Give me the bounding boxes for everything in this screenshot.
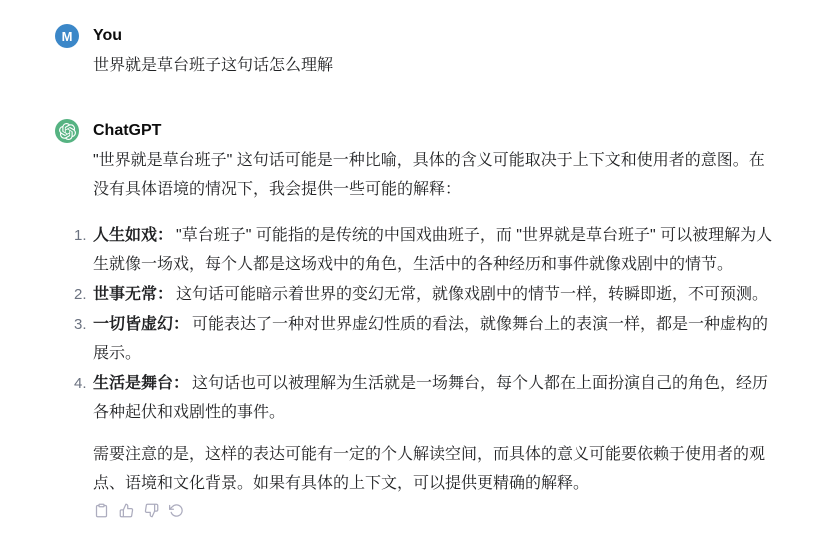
intro-paragraph: "世界就是草台班子" 这句话可能是一种比喻，具体的含义可能取决于上下文和使用者的… — [93, 146, 780, 204]
openai-logo-icon — [59, 123, 76, 140]
user-author-name: You — [93, 26, 780, 46]
assistant-markdown: "世界就是草台班子" 这句话可能是一种比喻，具体的含义可能取决于上下文和使用者的… — [93, 146, 780, 498]
regenerate-icon — [169, 503, 184, 518]
user-message-text: 世界就是草台班子这句话怎么理解 — [93, 51, 780, 80]
list-item-title: 生活是舞台： — [93, 375, 189, 392]
interpretation-list: 1.人生如戏："草台班子" 可能指的是传统的中国戏曲班子，而 "世界就是草台班子… — [93, 221, 780, 427]
copy-icon — [94, 503, 109, 518]
list-item-title: 世事无常： — [93, 286, 173, 303]
list-item-text: 可能表达了一种对世界虚幻性质的看法，就像舞台上的表演一样，都是一种虚构的展示。 — [93, 316, 768, 362]
message-actions — [93, 502, 780, 535]
user-message-body: You 世界就是草台班子这句话怎么理解 — [93, 24, 780, 80]
thumbs-up-button[interactable] — [118, 502, 135, 519]
assistant-avatar — [55, 119, 79, 143]
assistant-message-body: ChatGPT "世界就是草台班子" 这句话可能是一种比喻，具体的含义可能取决于… — [93, 119, 780, 535]
list-marker: 3. — [74, 310, 87, 339]
list-item: 3.一切皆虚幻：可能表达了一种对世界虚幻性质的看法，就像舞台上的表演一样，都是一… — [93, 310, 780, 368]
list-item-text: "草台班子" 可能指的是传统的中国戏曲班子，而 "世界就是草台班子" 可以被理解… — [93, 227, 772, 273]
list-item: 2.世事无常：这句话可能暗示着世界的变幻无常，就像戏剧中的情节一样，转瞬即逝，不… — [93, 280, 780, 309]
thumbs-down-icon — [144, 503, 159, 518]
assistant-author-name: ChatGPT — [93, 121, 780, 141]
assistant-message: ChatGPT "世界就是草台班子" 这句话可能是一种比喻，具体的含义可能取决于… — [55, 119, 780, 535]
list-item: 4.生活是舞台：这句话也可以被理解为生活就是一场舞台，每个人都在上面扮演自己的角… — [93, 369, 780, 427]
list-item-title: 人生如戏： — [93, 227, 173, 244]
list-item-text: 这句话可能暗示着世界的变幻无常，就像戏剧中的情节一样，转瞬即逝，不可预测。 — [176, 286, 768, 303]
list-item-text: 这句话也可以被理解为生活就是一场舞台，每个人都在上面扮演自己的角色，经历各种起伏… — [93, 375, 768, 421]
user-avatar: M — [55, 24, 79, 48]
list-marker: 1. — [74, 221, 87, 250]
list-marker: 4. — [74, 369, 87, 398]
list-marker: 2. — [74, 280, 87, 309]
user-avatar-letter: M — [62, 29, 73, 44]
thumbs-up-icon — [119, 503, 134, 518]
list-item: 1.人生如戏："草台班子" 可能指的是传统的中国戏曲班子，而 "世界就是草台班子… — [93, 221, 780, 279]
outro-paragraph: 需要注意的是，这样的表达可能有一定的个人解读空间，而具体的意义可能要依赖于使用者… — [93, 440, 780, 498]
copy-button[interactable] — [93, 502, 110, 519]
chat-thread: M You 世界就是草台班子这句话怎么理解 ChatGPT "世界就是草台班子"… — [0, 0, 837, 535]
list-item-title: 一切皆虚幻： — [93, 316, 189, 333]
thumbs-down-button[interactable] — [143, 502, 160, 519]
regenerate-button[interactable] — [168, 502, 185, 519]
user-message: M You 世界就是草台班子这句话怎么理解 — [55, 24, 780, 80]
